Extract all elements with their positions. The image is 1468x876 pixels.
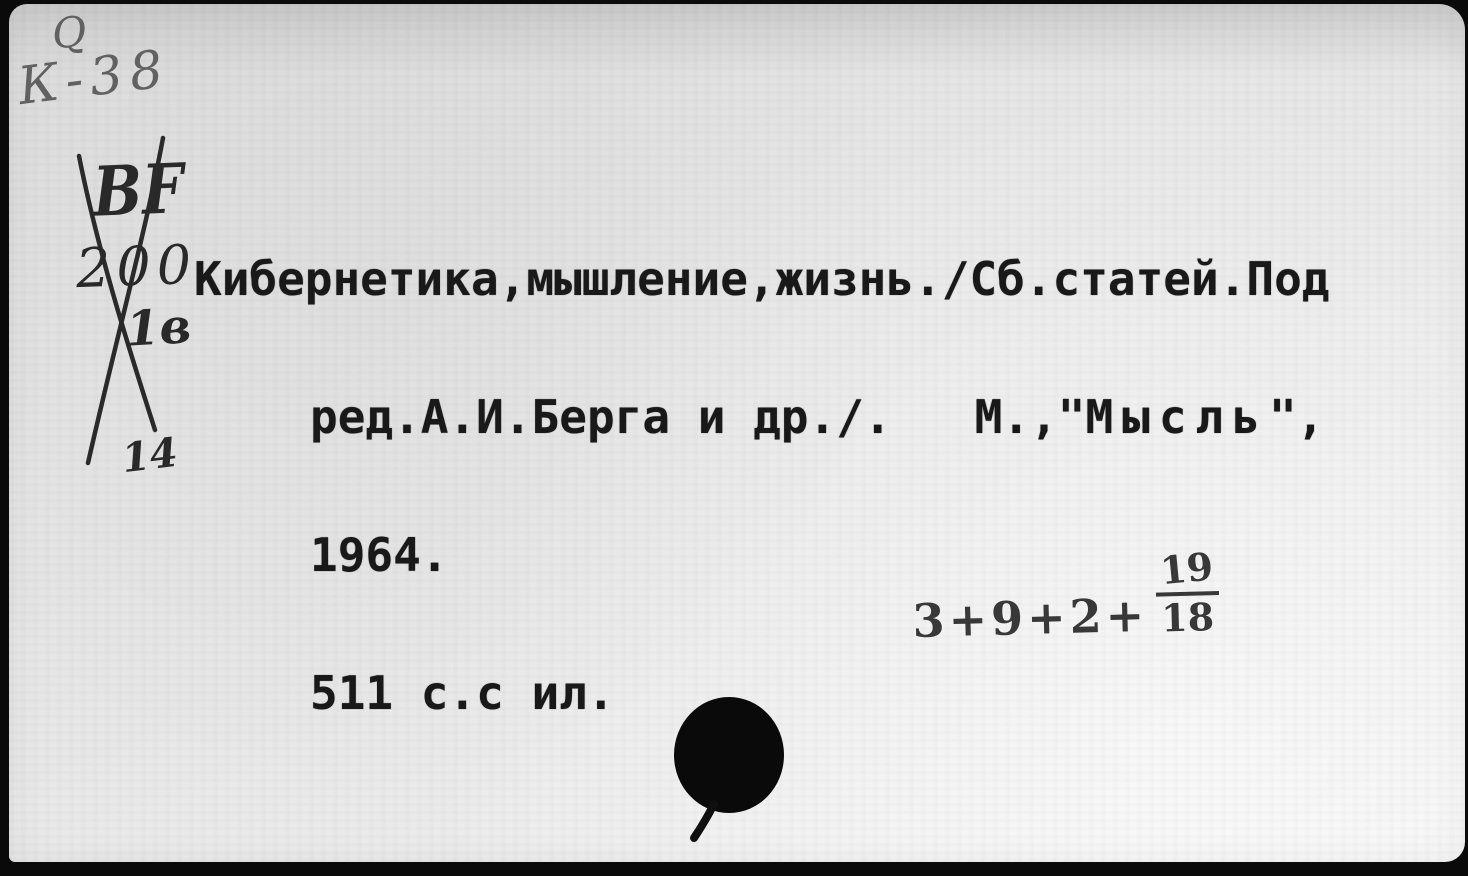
fraction-denominator: 18	[1156, 591, 1220, 639]
title-line: Кибернетика,мышление,жизнь./Сб.статей.По…	[194, 256, 1329, 302]
crossed-number: 200	[75, 238, 198, 296]
editor-publisher-line: ред.А.И.Берга и др./. М.,"Мысль",	[310, 394, 1329, 440]
tally-terms: 3+9+2+	[912, 592, 1149, 644]
bottom-left-mark: 14	[120, 433, 180, 479]
crossed-shelf-code: ВF	[92, 154, 184, 226]
publisher-closing-text: ",	[1269, 390, 1324, 444]
publisher-text: Мысль	[1085, 390, 1268, 444]
crossed-copy-mark: 1в	[125, 302, 192, 353]
scanned-catalog-card-photo: Q К-38 ВF 200 1в 14 Кибернетика,мышление…	[0, 0, 1468, 876]
typed-entry: Кибернетика,мышление,жизнь./Сб.статей.По…	[194, 164, 1329, 808]
editor-text: ред.А.И.Берга и др./.	[310, 390, 892, 444]
pages-line: 511 с.с ил.	[310, 670, 1329, 716]
fraction-numerator: 19	[1154, 546, 1219, 595]
city-text: М.,"	[892, 390, 1086, 444]
tally-expression: 3+9+2+ 19 18	[911, 548, 1220, 645]
tally-fraction: 19 18	[1154, 548, 1219, 638]
